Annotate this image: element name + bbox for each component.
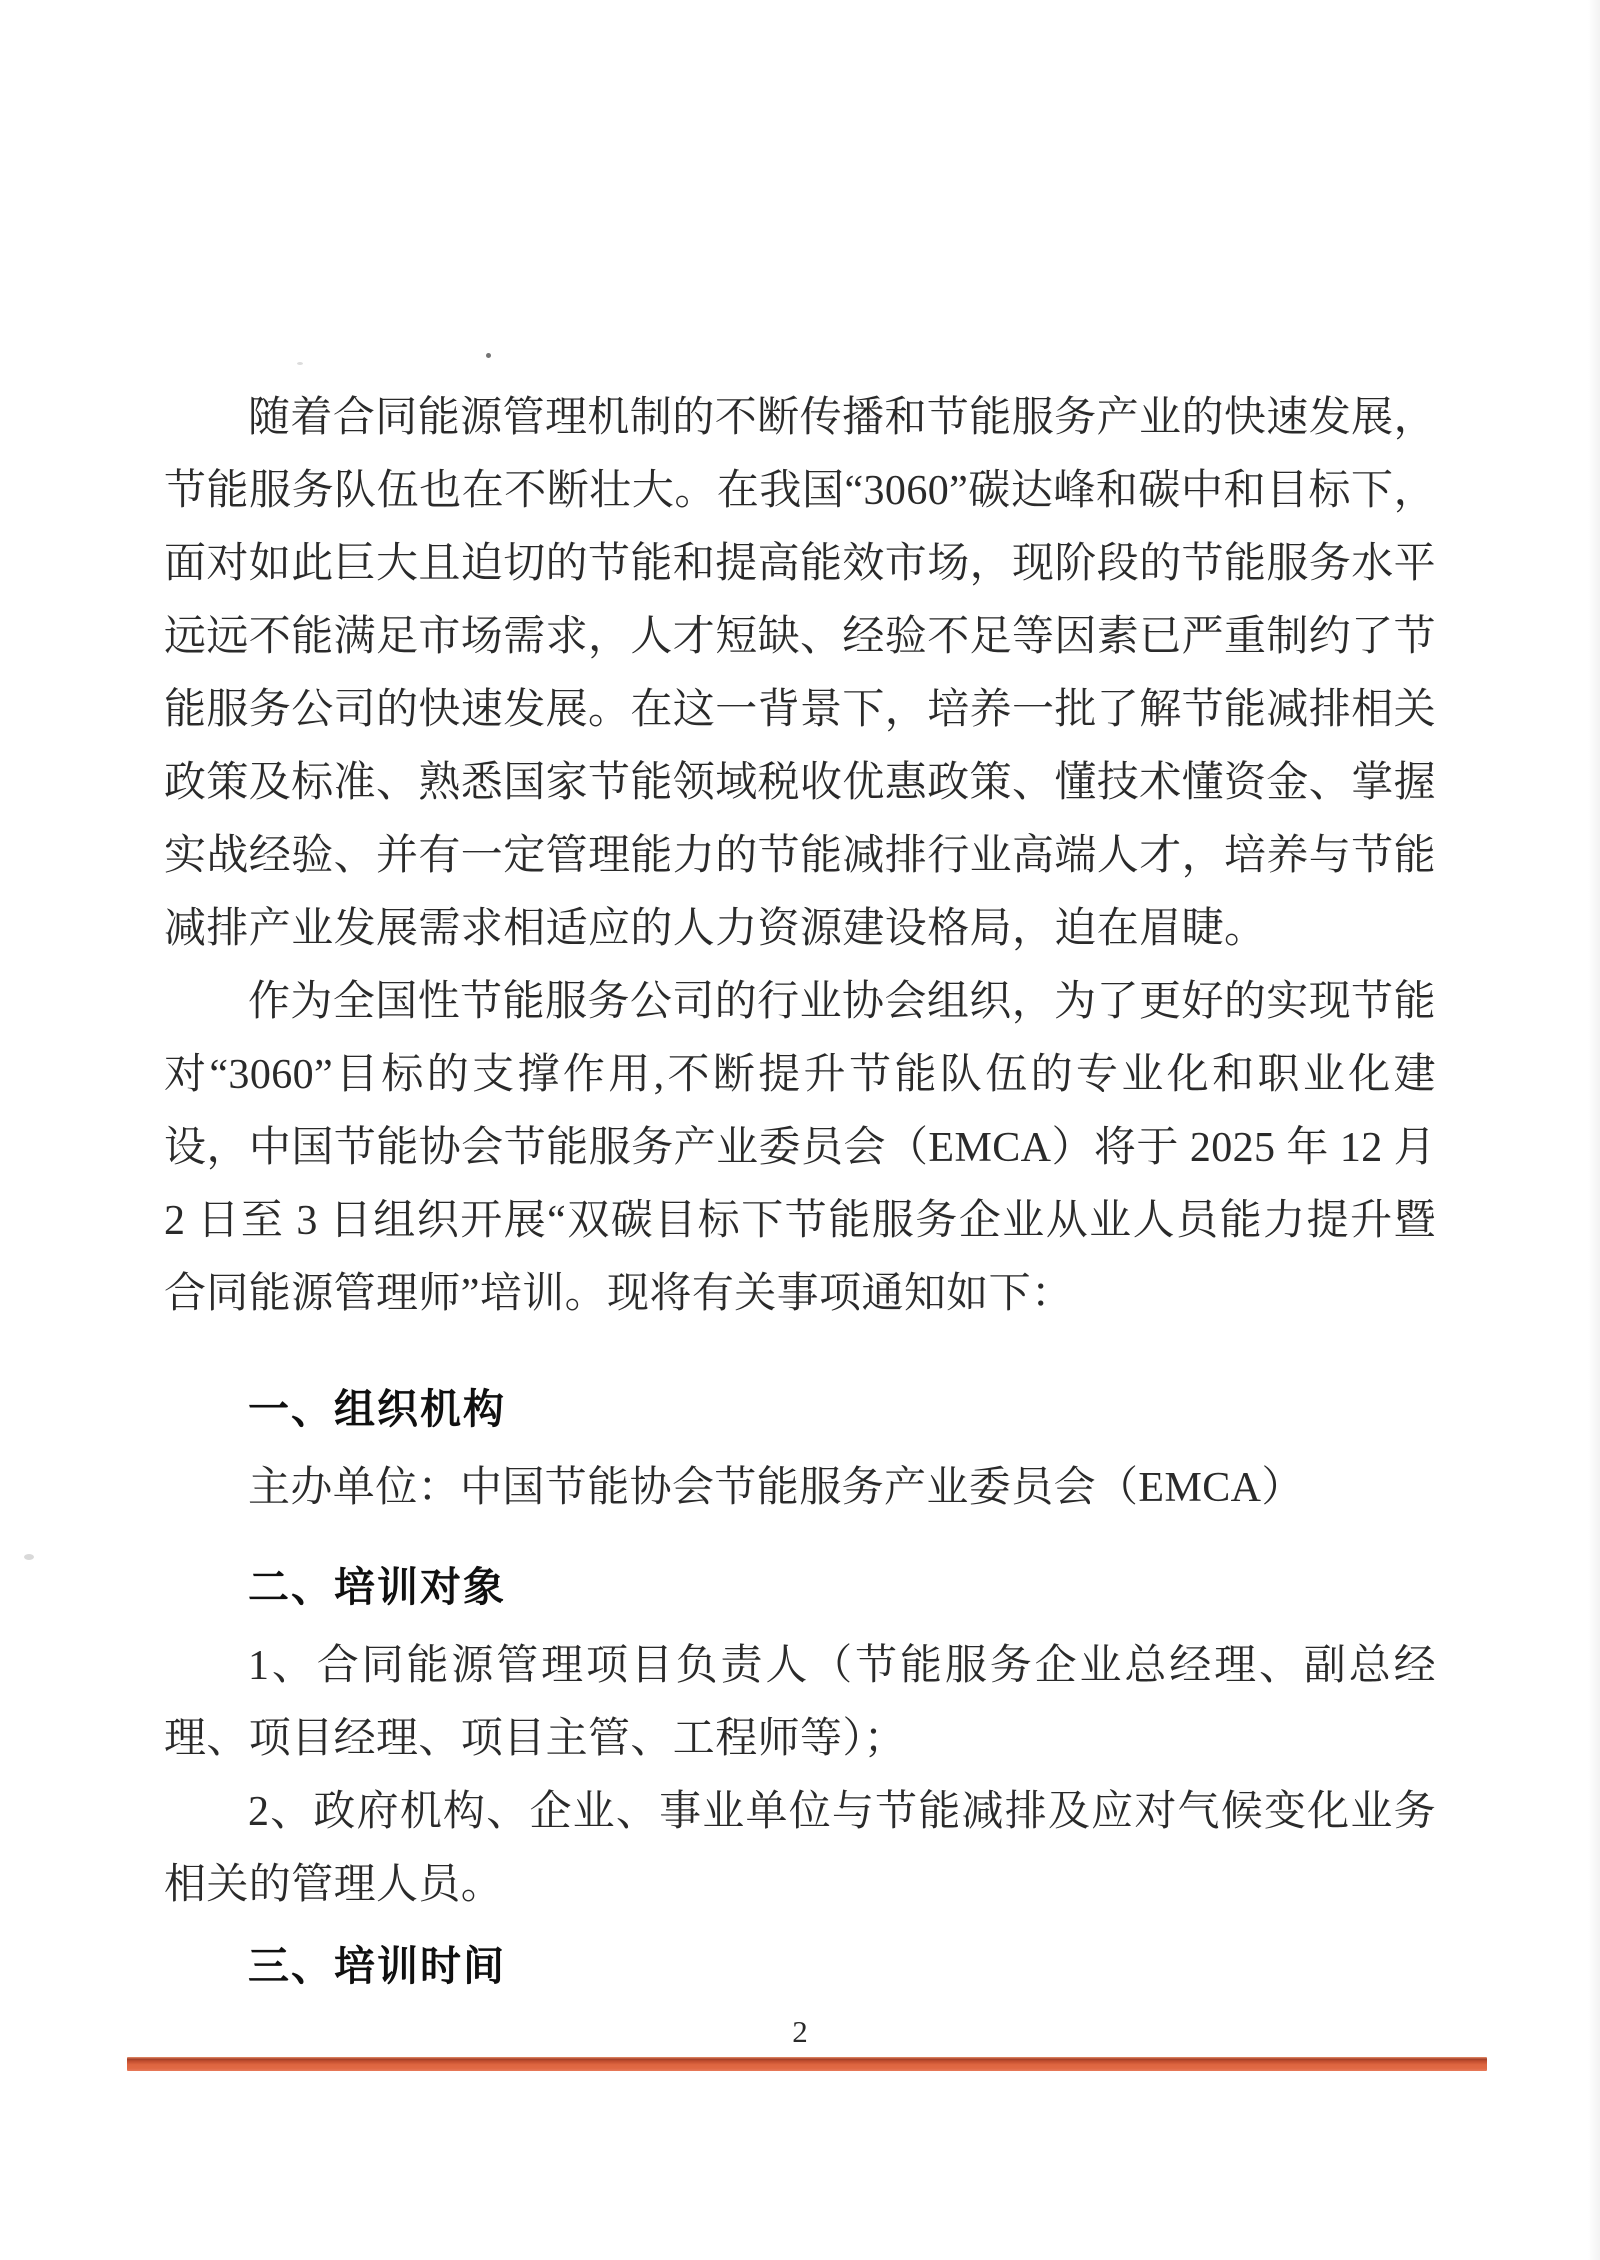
- document-page: 随着合同能源管理机制的不断传播和节能服务产业的快速发展，节能服务队伍也在不断壮大…: [0, 0, 1600, 2260]
- scan-edge-shadow: [1588, 0, 1600, 2260]
- organizer-line: 主办单位：中国节能协会节能服务产业委员会（EMCA）: [164, 1452, 1436, 1525]
- page-number: 2: [0, 2014, 1600, 2050]
- trainee-item-1: 1、合同能源管理项目负责人（节能服务企业总经理、副总经理、项目经理、项目主管、工…: [164, 1630, 1436, 1776]
- footer-rule: [127, 2057, 1487, 2071]
- scan-speck: [297, 362, 303, 365]
- scan-speck: [24, 1554, 34, 1560]
- section-heading-schedule: 三、培训时间: [164, 1930, 1436, 2003]
- document-body: 随着合同能源管理机制的不断传播和节能服务产业的快速发展，节能服务队伍也在不断壮大…: [164, 382, 1436, 2009]
- paragraph-industry-background: 随着合同能源管理机制的不断传播和节能服务产业的快速发展，节能服务队伍也在不断壮大…: [164, 382, 1436, 966]
- trainee-item-2: 2、政府机构、企业、事业单位与节能减排及应对气候变化业务相关的管理人员。: [164, 1776, 1436, 1922]
- scan-speck: [486, 353, 491, 358]
- paragraph-training-announcement: 作为全国性节能服务公司的行业协会组织，为了更好的实现节能对“3060”目标的支撑…: [164, 966, 1436, 1331]
- section-heading-organization: 一、组织机构: [164, 1373, 1436, 1446]
- section-heading-trainees: 二、培训对象: [164, 1551, 1436, 1624]
